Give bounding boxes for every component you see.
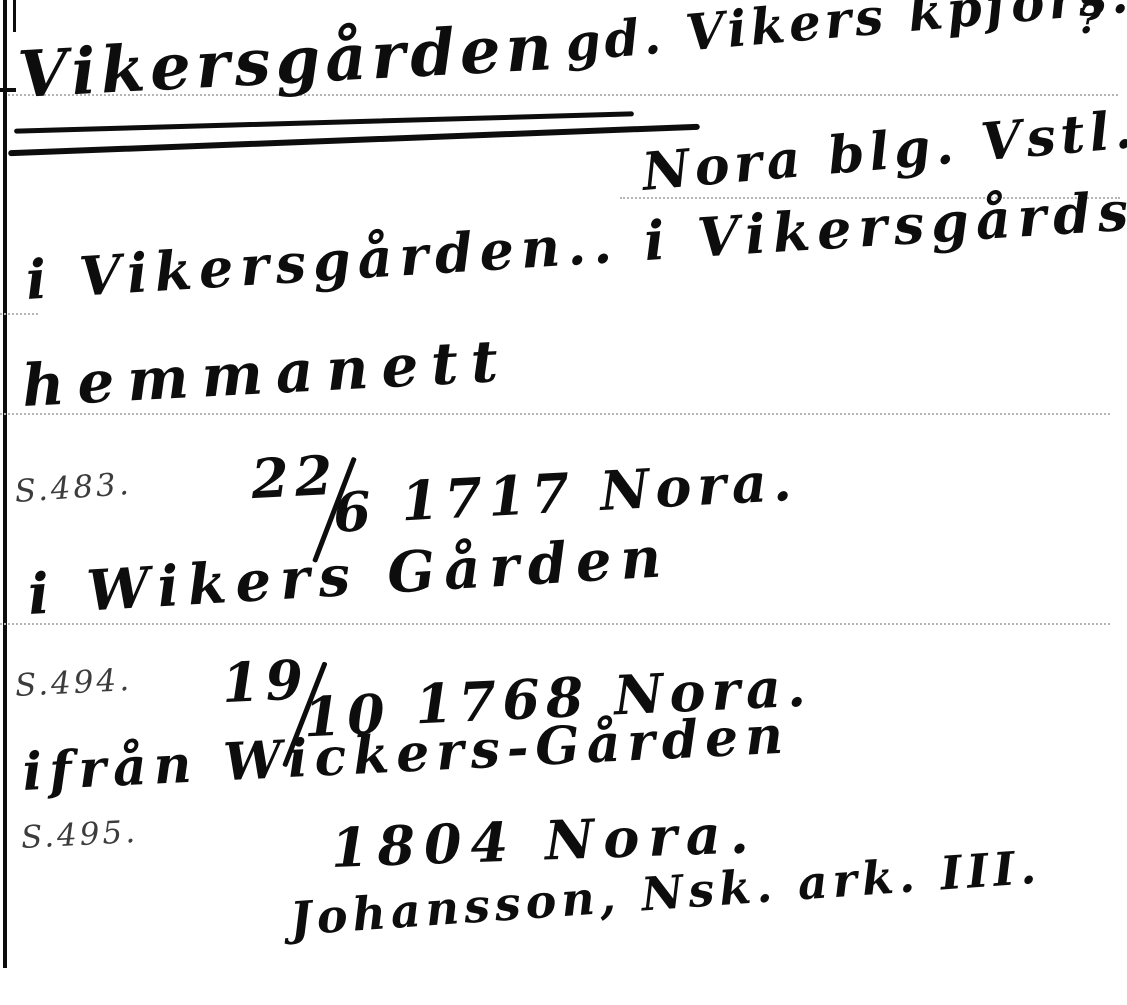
page-reference: S.483. xyxy=(13,466,132,510)
ruled-line xyxy=(0,413,1110,415)
entry-line: i Vikersgården.. i Vikersgårds xyxy=(24,178,1127,312)
entry-line: hemmanett xyxy=(20,326,512,420)
ruled-line xyxy=(0,313,38,315)
left-margin-dash xyxy=(0,88,16,92)
headword-annotation: gd. Vikers kpförs. xyxy=(563,0,1127,73)
date-day: 22 xyxy=(250,443,340,511)
page-reference: S.495. xyxy=(20,814,139,856)
page-reference: S.494. xyxy=(14,662,133,704)
headword: Vikersgården xyxy=(16,10,559,113)
card-left-border-tick xyxy=(13,0,16,32)
archive-card: Vikersgården gd. Vikers kpförs. ? Nora b… xyxy=(0,0,1127,1005)
ruled-line xyxy=(0,623,1110,625)
query-mark: ? xyxy=(1078,0,1101,43)
date-month: 6 xyxy=(332,479,379,545)
date-year-place: 1717 Nora. xyxy=(399,449,799,534)
card-left-border-line xyxy=(3,0,7,968)
date-day: 19 xyxy=(220,647,310,715)
